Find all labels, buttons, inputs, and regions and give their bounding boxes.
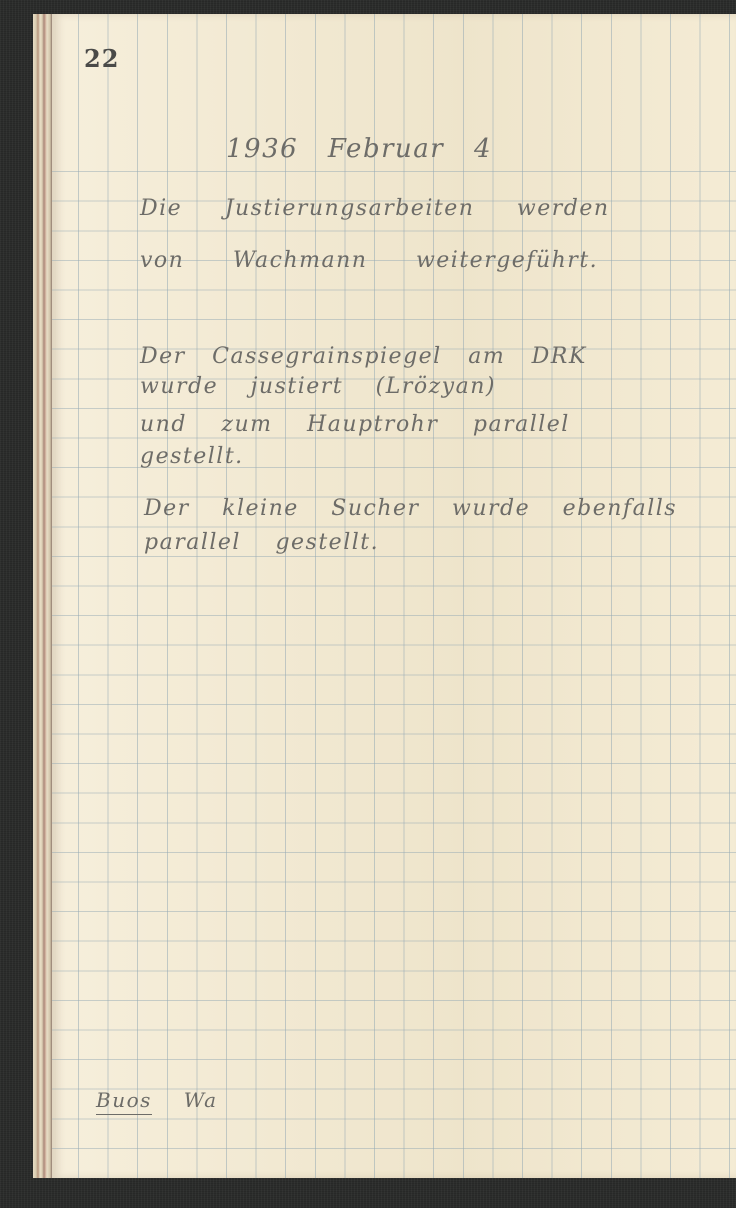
signature: Buos Wa	[96, 1088, 218, 1112]
signature-initials-2: Wa	[184, 1088, 218, 1112]
notebook-page	[52, 14, 736, 1178]
entry-line-1: Die Justierungsarbeiten werden	[140, 196, 610, 221]
entry-line-5: und zum Hauptrohr parallel	[140, 412, 570, 437]
page-number: 22	[84, 44, 119, 73]
entry-line-7: Der kleine Sucher wurde ebenfalls	[144, 496, 677, 521]
entry-line-4: wurde justiert (Lrözyan)	[140, 374, 496, 399]
entry-line-2: von Wachmann weitergeführt.	[140, 248, 598, 273]
grid-horizontal-lines	[52, 163, 736, 1178]
entry-line-3: Der Cassegrainspiegel am DRK	[140, 344, 587, 369]
entry-date: 1936 Februar 4	[226, 134, 492, 164]
entry-line-6: gestellt.	[140, 444, 244, 469]
signature-initials-1: Buos	[96, 1088, 152, 1115]
entry-line-8: parallel gestellt.	[144, 530, 379, 555]
